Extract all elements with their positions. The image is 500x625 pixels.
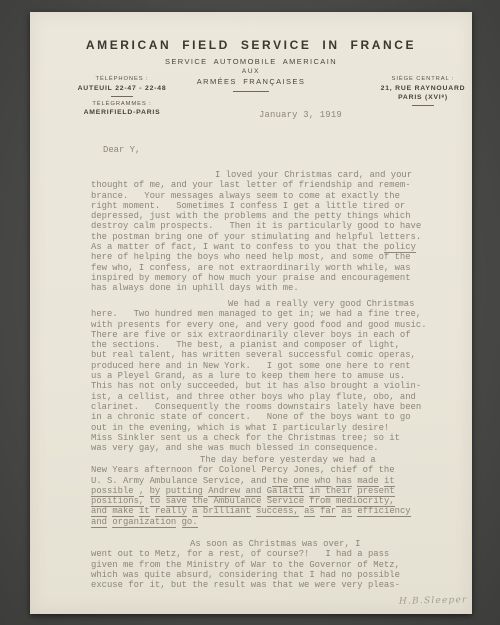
underlined-word: brilliant [203,506,251,517]
underlined-word: as [304,506,315,517]
typed-line: New Years afternoon for Colonel Percy Jo… [91,465,436,475]
typed-line: and organization go. [91,517,436,527]
telegrams-label: TÉLÉGRAMMES : [52,101,192,107]
contact-left-divider [111,96,133,97]
underlined-word: made [357,476,378,487]
siege-city: PARIS (XVIᵉ) [358,94,488,101]
underlined-word: and [91,517,107,528]
typed-line: produced here and in New York. I got som… [91,361,436,371]
underlined-word: who [315,476,331,487]
typed-line: We had a really very good Christmas [91,299,436,309]
letterhead-subtitle-aux: AUX [30,68,472,75]
typed-line: given me from the Ministry of War to the… [91,560,436,570]
letter-date: January 3, 1919 [259,110,342,120]
underlined-word: one [293,476,309,487]
letterhead-divider [233,91,269,92]
typed-line: was very gay, and she was much blessed i… [91,443,436,453]
typed-line: the postman bring one of your stimulatin… [91,232,436,242]
telephones-label: TÉLÉPHONES : [52,76,192,82]
typed-line: here. Two hundred men managed to get in;… [91,309,436,319]
underlined-word: as [341,506,352,517]
typed-line: brance. Your messages always seem to com… [91,191,436,201]
underlined-word: it [139,506,150,517]
typed-line: out in the evening, which is what I part… [91,423,436,433]
paragraph-3: The day before yesterday we had aNew Yea… [91,455,436,527]
telegrams-value: AMERIFIELD-PARIS [52,109,192,116]
typed-line: which was quite absurd, considering that… [91,570,436,580]
typed-line: and make it really a brilliant success, … [91,506,436,516]
underlined-word: far [320,506,336,517]
scan-background: AMERICAN FIELD SERVICE IN FRANCE SERVICE… [0,0,500,625]
underlined-word: efficiency [357,506,410,517]
salutation: Dear Y, [103,145,140,155]
typed-line: depressed, just with the problems and th… [91,211,436,221]
contact-right-divider [412,105,434,106]
typed-line: As soon as Christmas was over, I [91,539,436,549]
typed-line: in a chronic state of concert. None of t… [91,412,436,422]
typed-line: I loved your Christmas card, and your [91,170,436,180]
siege-label: SIÈGE CENTRAL : [358,76,488,82]
typed-line: ist, a cellist, and three other boys who… [91,392,436,402]
typed-line: inspired by memory of how much your prai… [91,273,436,283]
underlined-word: success, [256,506,299,517]
underlined-word: the [272,476,288,487]
typed-line: excuse for it, but the result was that w… [91,580,436,590]
typed-line: has always done in uphill days with me. [91,283,436,293]
typed-line: There are five or six extraordinarily cl… [91,330,436,340]
typed-line: us a Pleyel Grand, as a lure to keep the… [91,371,436,381]
underlined-word: go. [182,517,198,528]
letterhead-contact-right: SIÈGE CENTRAL : 21, RUE RAYNOUARD PARIS … [358,76,488,110]
typed-line: went out to Metz, for a rest, of course?… [91,549,436,559]
siege-address: 21, RUE RAYNOUARD [358,85,488,92]
typed-line: clarinet. Consequently the rooms downsta… [91,402,436,412]
underlined-word: and [91,506,107,517]
typed-line: few who, I confess, are not extraordinar… [91,263,436,273]
letterhead-title: AMERICAN FIELD SERVICE IN FRANCE [30,38,472,52]
telephones-value: AUTEUIL 22-47 - 22-48 [52,85,192,92]
paragraph-2: We had a really very good Christmashere.… [91,299,436,453]
typed-line: but real talent, has written several suc… [91,350,436,360]
typed-line: possible , by putting Andrew and Galatti… [91,486,436,496]
underlined-word: a [192,506,197,517]
typed-line: As a matter of fact, I want to confess t… [91,242,436,252]
typed-line: The day before yesterday we had a [91,455,436,465]
typed-line: with presents for every one, and very go… [91,320,436,330]
typed-line: destroy calm prospects. Then it is parti… [91,221,436,231]
underlined-word: organization [112,517,176,528]
paragraph-4: As soon as Christmas was over, Iwent out… [91,539,436,590]
paragraph-1: I loved your Christmas card, and yourtho… [91,170,436,294]
typed-line: Miss Sinkler sent us a check for the Chr… [91,433,436,443]
underlined-word: make [112,506,133,517]
typed-line: thought of me, and your last letter of f… [91,180,436,190]
typed-line: U. S. Army Ambulance Service, and the on… [91,476,436,486]
underlined-word: it [384,476,395,487]
letter-paper: AMERICAN FIELD SERVICE IN FRANCE SERVICE… [30,12,472,614]
typed-line: This has not only succeeded, but it has … [91,381,436,391]
typed-line: the sections. The best, a pianist and co… [91,340,436,350]
underlined-word: really [155,506,187,517]
letterhead-contact-left: TÉLÉPHONES : AUTEUIL 22-47 - 22-48 TÉLÉG… [52,76,192,116]
handwritten-name: H.B.Sleeper [399,595,468,606]
underlined-word: has [336,476,352,487]
typed-line: positions, to save the Ambulance Service… [91,496,436,506]
typed-line: here of helping the boys who need help m… [91,252,436,262]
letterhead-subtitle-service: SERVICE AUTOMOBILE AMERICAIN [30,57,472,66]
typed-line: right moment. Sometimes I confess I get … [91,201,436,211]
